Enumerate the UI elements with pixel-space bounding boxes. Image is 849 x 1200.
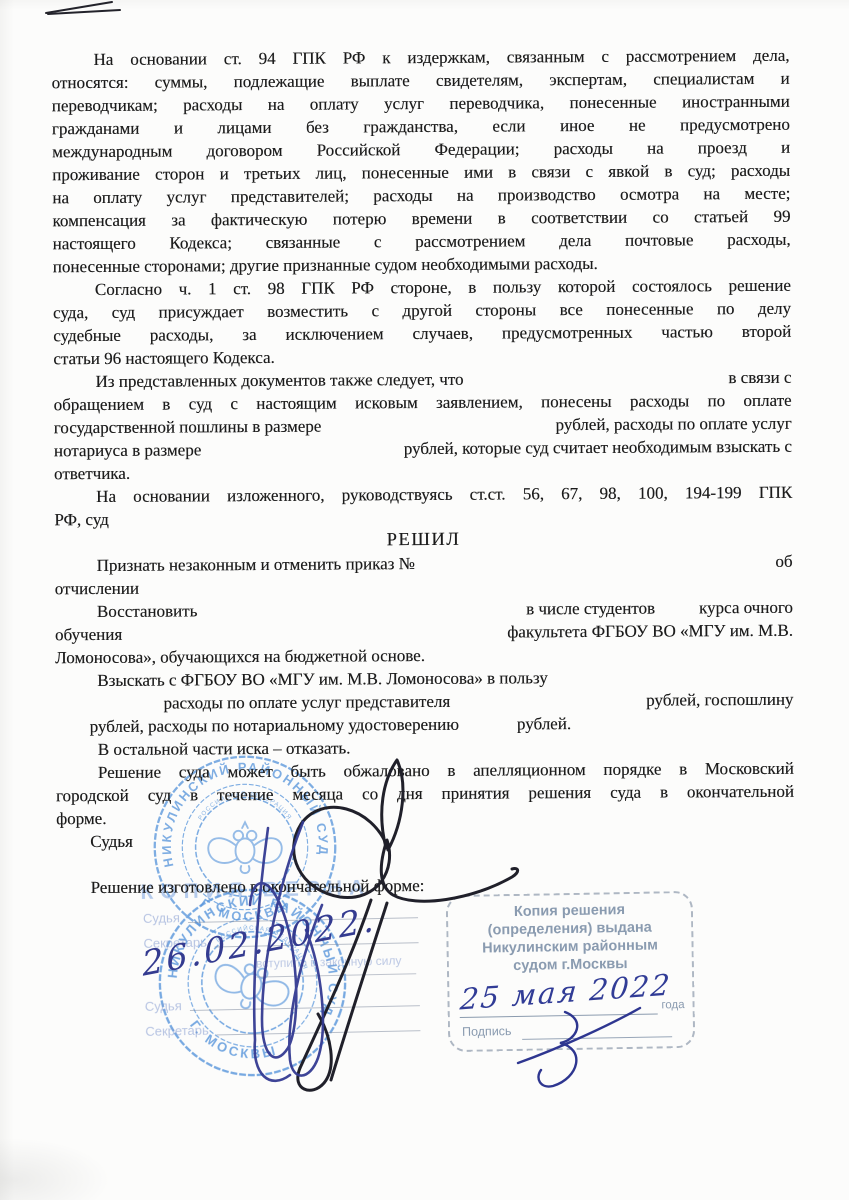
text-segment: факультета ФГБОУ ВО «МГУ им. М.В.	[507, 619, 793, 644]
text-segment: в числе студентов	[526, 597, 655, 621]
text-segment: в связи с	[728, 366, 791, 389]
scanned-court-decision-page: НИКУЛИНСКИЙ РАЙОННЫЙ СУД Г. МОСКВЫ РОССИ…	[0, 0, 849, 1200]
text-segment: обучения	[55, 623, 122, 646]
text-segment: рублей, расходы по оплате услуг	[555, 412, 791, 436]
redacted-blank	[321, 430, 555, 431]
text-segment: расходы по оплате услуг представителя	[163, 690, 450, 715]
text-line: На основании изложенного, руководствуясь…	[54, 481, 792, 509]
blank-line	[256, 973, 416, 977]
text-segment: Из представленных документов также следу…	[95, 368, 463, 393]
signature-label: Подпись	[462, 1024, 512, 1039]
text-segment: государственной пошлины в размере	[54, 415, 322, 440]
text-segment: рублей, госпошлину	[646, 688, 793, 712]
blank-line	[190, 993, 420, 1011]
copy-verna-secretary-label: Секретарь	[145, 1023, 209, 1039]
text-segment: нотариуса в размере	[54, 438, 201, 462]
redacted-blank	[450, 706, 646, 707]
text-line: городской суд в течение месяца со дня пр…	[56, 780, 794, 808]
text-segment: рублей.	[517, 712, 571, 735]
text-segment: об	[775, 550, 792, 573]
text-line-with-redaction: нотариуса в размере рублей, которые суд …	[54, 435, 792, 463]
text-line: судебные расходы, за исключением случаев…	[53, 320, 791, 348]
text-segment: Признать незаконным и отменить приказ №	[96, 552, 414, 577]
redacted-blank	[122, 637, 507, 639]
text-line: настоящего Кодекса; связанные с рассмотр…	[53, 228, 791, 256]
redacted-blank	[464, 383, 729, 385]
text-segment: Восстановить	[97, 599, 198, 623]
text-segment: курса очного	[699, 596, 793, 620]
copy-verna-judge-label: Судья	[145, 998, 182, 1014]
redacted-blank	[197, 614, 526, 616]
text-segment: рублей, расходы по нотариальному удостов…	[89, 713, 458, 738]
text-segment: рублей, которые суд считает необходимым …	[404, 435, 792, 460]
copy-verna-judge-label: Судья	[143, 910, 180, 926]
final-form-line: Решение изготовлено в окончательной форм…	[56, 872, 794, 900]
blank-line	[217, 1018, 421, 1035]
text-line-with-redaction: обучения факультета ФГБОУ ВО «МГУ им. М.…	[55, 619, 793, 647]
text-line-with-redaction: расходы по оплате услуг представителя ру…	[55, 688, 793, 716]
pen-mark-top-left	[46, 2, 120, 14]
redacted-blank	[201, 454, 403, 455]
signature-underline	[522, 1036, 672, 1040]
redacted-blank	[415, 567, 776, 569]
decision-text-block: На основании ст. 94 ГПК РФ к издержкам, …	[51, 44, 794, 899]
